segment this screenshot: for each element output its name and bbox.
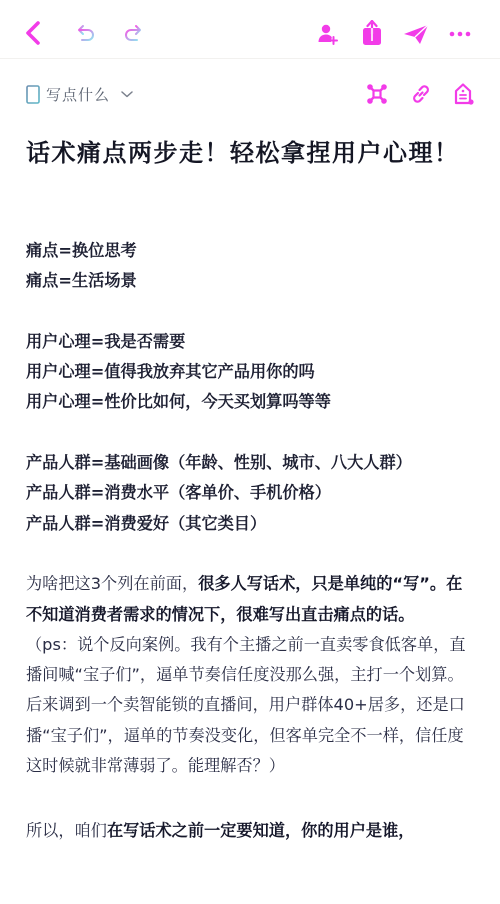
chevron-left-icon [23, 20, 43, 46]
user-psychology-line: 用户心理=值得我放弃其它产品用你的吗 [26, 357, 476, 387]
top-toolbar [0, 0, 500, 59]
more-icon [448, 30, 472, 38]
redo-icon [121, 23, 143, 45]
article-title: 话术痛点两步走！轻松拿捏用户心理！ [26, 135, 476, 171]
mindmap-icon [366, 83, 388, 105]
user-psychology-line: 用户心理=我是否需要 [26, 327, 476, 357]
paragraph-gap [26, 297, 476, 327]
paragraph-why-regular: 为啥把这3个列在前面， [26, 574, 198, 593]
notebook-selector[interactable]: 写点什么 [26, 82, 134, 106]
more-button[interactable] [446, 20, 474, 48]
share-export-icon [361, 20, 383, 46]
undo-button[interactable] [73, 20, 101, 48]
add-collaborator-button[interactable] [314, 20, 342, 48]
paragraph-why: 为啥把这3个列在前面，很多人写话术，只是单纯的“写”。在不知道消费者需求的情况下… [26, 569, 476, 630]
undo-icon [76, 23, 98, 45]
mindmap-button[interactable] [364, 81, 390, 107]
paragraph-gap [26, 418, 476, 448]
article-body[interactable]: 痛点=换位思考 痛点=生活场景 用户心理=我是否需要 用户心理=值得我放弃其它产… [26, 236, 476, 846]
paragraph-gap [26, 539, 476, 569]
pain-point-line: 痛点=生活场景 [26, 266, 476, 296]
paragraph-gap [26, 781, 476, 811]
paragraph-conclusion: 所以，咱们在写话术之前一定要知道，你的用户是谁， [26, 816, 476, 846]
notebook-icon [26, 85, 40, 104]
send-button[interactable] [401, 20, 431, 48]
add-collaborator-icon [316, 22, 340, 46]
paragraph-conclusion-bold: 在写话术之前一定要知道，你的用户是谁， [107, 821, 415, 840]
redo-button[interactable] [118, 20, 146, 48]
notebook-label: 写点什么 [46, 84, 110, 105]
tag-button[interactable] [451, 80, 477, 108]
send-icon [403, 23, 429, 45]
paragraph-ps-example: （ps：说个反向案例。我有个主播之前一直卖零食低客单，直播间喊“宝子们”，逼单节… [26, 630, 476, 781]
back-button[interactable] [18, 18, 48, 48]
pain-point-line: 痛点=换位思考 [26, 236, 476, 266]
tag-icon [453, 82, 475, 106]
paragraph-conclusion-regular: 所以，咱们 [26, 821, 107, 840]
share-button[interactable] [358, 18, 386, 48]
chevron-down-icon [120, 89, 134, 99]
link-button[interactable] [408, 81, 434, 107]
link-icon [410, 83, 432, 105]
audience-line: 产品人群=消费爱好（其它类目） [26, 509, 476, 539]
audience-line: 产品人群=基础画像（年龄、性别、城市、八大人群） [26, 448, 476, 478]
audience-line: 产品人群=消费水平（客单价、手机价格） [26, 478, 476, 508]
user-psychology-line: 用户心理=性价比如何，今天买划算吗等等 [26, 387, 476, 417]
